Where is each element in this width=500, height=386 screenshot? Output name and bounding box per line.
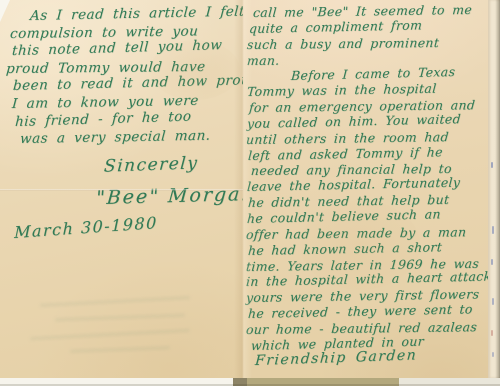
letter-closing: Sincerely <box>103 153 199 176</box>
signature-name: "Bee" Morgan <box>95 183 243 209</box>
underlying-page-edge-right <box>488 0 500 378</box>
scanner-edge-bottom <box>0 378 500 386</box>
pen-mark <box>492 352 494 357</box>
handwriting-line: such a busy and prominent <box>246 34 490 52</box>
letter-left-page: As I read this article I felt a compulsi… <box>0 0 243 386</box>
letter-right-page: call me "Bee" It seemed to me quite a co… <box>243 0 490 383</box>
letter-date: March 30-1980 <box>14 213 158 242</box>
pen-mark <box>491 162 493 168</box>
pen-mark <box>492 298 494 305</box>
scanned-letter: As I read this article I felt a compulsi… <box>0 0 500 386</box>
pen-mark <box>491 330 493 336</box>
pen-mark <box>492 226 494 234</box>
handwriting-line: was a very special man. <box>19 127 243 149</box>
ink-bleedthrough <box>70 346 170 352</box>
ink-bleedthrough <box>40 296 190 307</box>
ink-bleedthrough <box>30 329 190 340</box>
ink-bleedthrough <box>55 314 185 322</box>
pen-mark <box>491 259 493 265</box>
